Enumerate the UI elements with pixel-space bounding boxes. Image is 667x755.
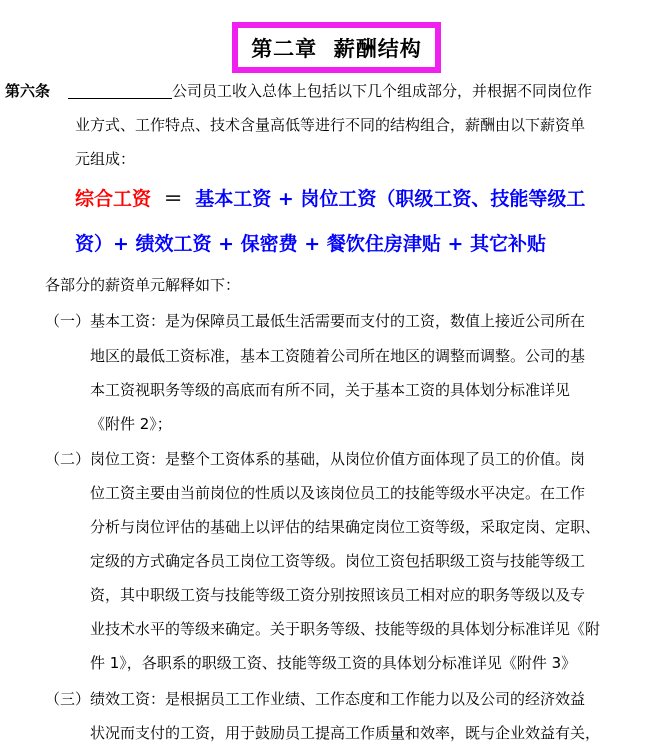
article-text-line: 元组成：: [75, 149, 135, 169]
formula-rhs: 基本工资 + 岗位工资（职级工资、技能等级工: [195, 188, 585, 210]
formula-equals: ＝: [164, 188, 183, 210]
item-1-line: 地区的最低工资标准，基本工资随着公司所在地区的调整而调整。公司的基: [90, 346, 585, 366]
item-2-line: 分析与岗位评估的基础上以评估的结果确定岗位工资等级，采取定岗、定职、: [90, 517, 600, 537]
article-text-line: 业方式、工作特点、技术含量高低等进行不同的结构组合，薪酬由以下薪资单: [75, 115, 585, 135]
item-2-line: 资，其中职级工资与技能等级工资分别按照该员工相对应的职务等级以及专: [90, 585, 585, 605]
item-3-line: 绩效工资：是根据员工工作业绩、工作态度和工作能力以及公司的经济效益: [90, 689, 585, 709]
formula-lhs: 综合工资: [75, 188, 151, 210]
article-label: 第六条: [5, 81, 50, 101]
fill-in-blank: [68, 98, 172, 99]
intro-text: 各部分的薪资单元解释如下：: [45, 275, 240, 295]
item-1-line: 《附件 2》；: [90, 414, 172, 434]
salary-formula-line-2: 资）+ 绩效工资 + 保密费 + 餐饮住房津贴 + 其它补贴: [75, 232, 546, 256]
item-label-3: （三）: [45, 689, 90, 709]
item-label-1: （一）: [45, 311, 90, 331]
item-2-line: 岗位工资：是整个工资体系的基础，从岗位价值方面体现了员工的价值。岗: [90, 449, 585, 469]
item-1-line: 本工资视职务等级的高底而有所不同，关于基本工资的具体划分标准详见: [90, 380, 570, 400]
item-2-line: 定级的方式确定各员工岗位工资等级。岗位工资包括职级工资与技能等级工: [90, 551, 585, 571]
item-label-2: （二）: [45, 449, 90, 469]
item-2-line: 件 1》，各职系的职级工资、技能等级工资的具体划分标准详见《附件 3》: [90, 653, 576, 673]
item-2-line: 位工资主要由当前岗位的性质以及该岗位员工的技能等级水平决定。在工作: [90, 483, 585, 503]
chapter-title-box: 第二章 薪酬结构: [232, 22, 441, 73]
item-1-line: 基本工资：是为保障员工最低生活需要而支付的工资，数值上接近公司所在: [90, 311, 585, 331]
article-text-line: 公司员工收入总体上包括以下几个组成部分，并根据不同岗位作: [172, 81, 592, 101]
item-2-line: 业技术水平的等级来确定。关于职务等级、技能等级的具体划分标准详见《附: [90, 619, 600, 639]
chapter-title: 第二章 薪酬结构: [251, 33, 422, 63]
salary-formula-line-1: 综合工资 ＝ 基本工资 + 岗位工资（职级工资、技能等级工: [75, 187, 585, 211]
item-3-line: 状况而支付的工资，用于鼓励员工提高工作质量和效率，既与企业效益有关，: [90, 723, 600, 743]
